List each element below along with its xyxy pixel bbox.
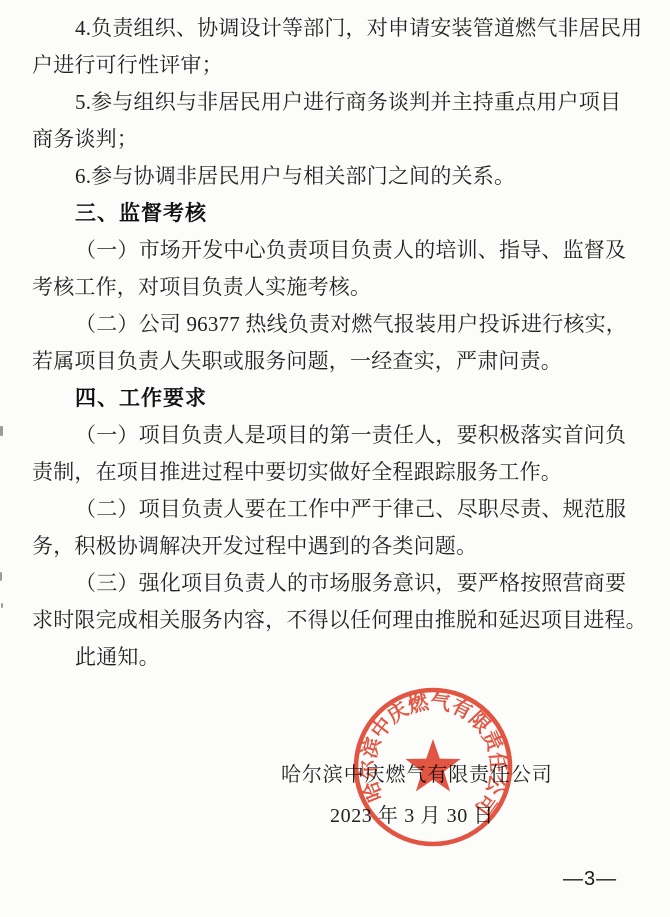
- body-line: （一）市场开发中心负责项目负责人的培训、指导、监督及: [32, 232, 652, 269]
- scan-artifact: [0, 426, 3, 436]
- body-line: 考核工作，对项目负责人实施考核。: [32, 269, 652, 306]
- page-number: —3—: [563, 868, 617, 891]
- signature-date: 2023 年 3 月 30 日: [330, 800, 494, 832]
- scan-artifact: [1, 603, 3, 608]
- section-heading: 四、工作要求: [32, 380, 652, 417]
- body-line: 6.参与协调非居民用户与相关部门之间的关系。: [32, 158, 652, 195]
- body-line: （二）公司 96377 热线负责对燃气报装用户投诉进行核实，: [32, 306, 652, 343]
- body-line: 责制，在项目推进过程中要切实做好全程跟踪服务工作。: [32, 454, 652, 491]
- signature-company: 哈尔滨中庆燃气有限责任公司: [281, 758, 553, 792]
- body-line: 4.负责组织、协调设计等部门，对申请安装管道燃气非居民用: [32, 10, 652, 47]
- document-body: 4.负责组织、协调设计等部门，对申请安装管道燃气非居民用户进行可行性评审；5.参…: [32, 10, 652, 676]
- body-line: 若属项目负责人失职或服务问题，一经查实，严肃问责。: [32, 343, 652, 380]
- body-line: 务，积极协调解决开发过程中遇到的各类问题。: [32, 528, 652, 565]
- section-heading: 三、监督考核: [32, 195, 652, 232]
- body-line: （三）强化项目负责人的市场服务意识，要严格按照营商要: [32, 565, 652, 602]
- body-line: 此通知。: [32, 639, 652, 676]
- body-line: （一）项目负责人是项目的第一责任人，要积极落实首问负: [32, 417, 652, 454]
- body-line: 商务谈判；: [32, 121, 652, 158]
- scan-artifact: [0, 572, 2, 581]
- body-line: 5.参与组织与非居民用户进行商务谈判并主持重点用户项目: [32, 84, 652, 121]
- body-line: （二）项目负责人要在工作中严于律己、尽职尽责、规范服: [32, 491, 652, 528]
- body-line: 求时限完成相关服务内容，不得以任何理由推脱和延迟项目进程。: [32, 602, 652, 639]
- scanned-document-page: 4.负责组织、协调设计等部门，对申请安装管道燃气非居民用户进行可行性评审；5.参…: [0, 0, 670, 917]
- body-line: 户进行可行性评审；: [32, 47, 652, 84]
